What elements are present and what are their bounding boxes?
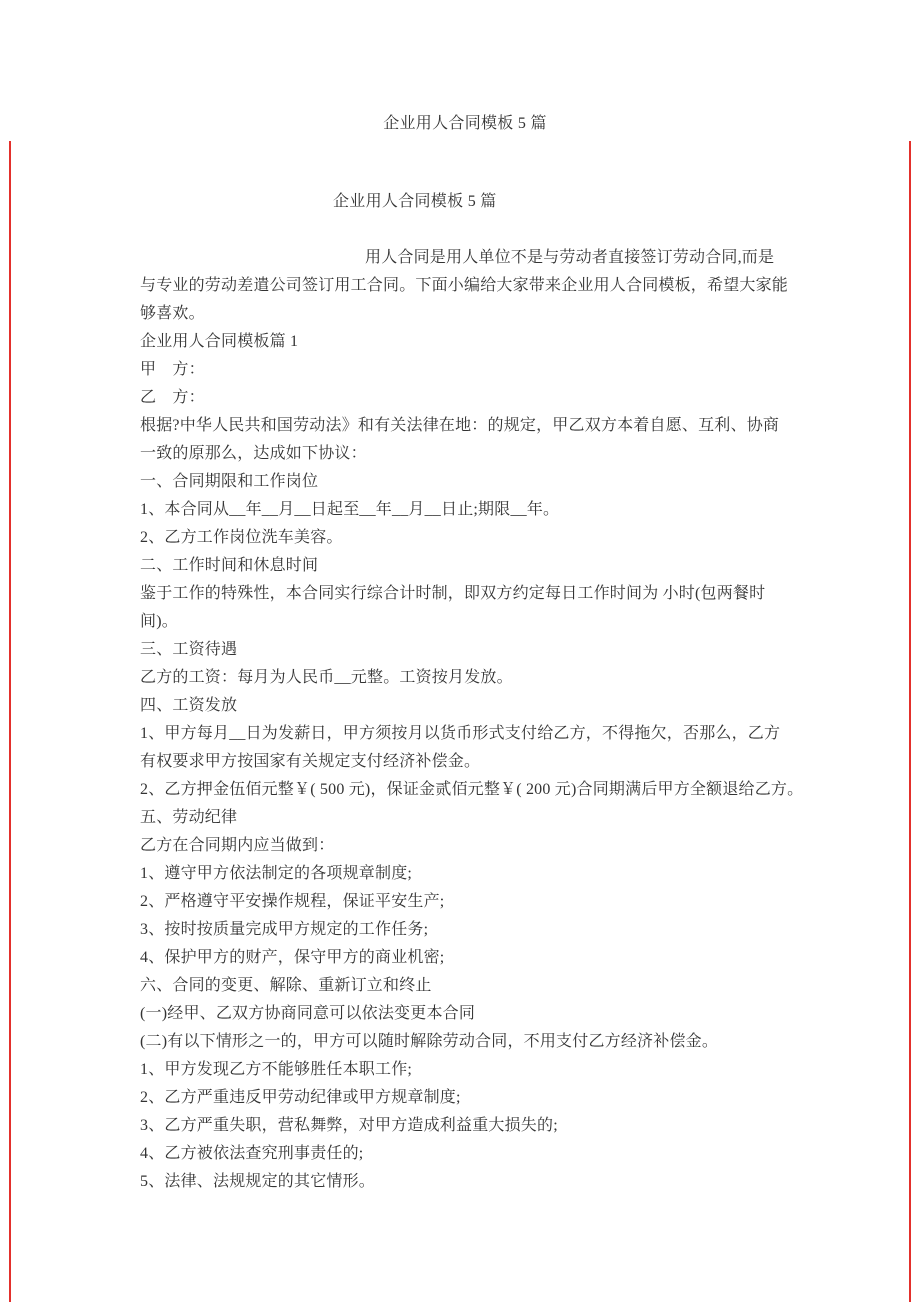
text-line: 乙 方： (140, 384, 790, 412)
document-content: 企业用人合同模板 5 篇 企业用人合同模板 5 篇 用人合同是用人单位不是与劳动… (140, 110, 790, 1196)
text-line: 二、工作时间和休息时间 (140, 552, 790, 580)
text-line: 1、本合同从__年__月__日起至__年__月__日止;期限__年。 (140, 496, 790, 524)
text-line: 2、乙方严重违反甲劳动纪律或甲方规章制度; (140, 1084, 790, 1112)
text-line: (一)经甲、乙双方协商同意可以依法变更本合同 (140, 1000, 790, 1028)
text-line: 1、甲方每月__日为发薪日，甲方须按月以货币形式支付给乙方，不得拖欠，否那么，乙… (140, 720, 790, 748)
text-line: 乙方的工资：每月为人民币__元整。工资按月发放。 (140, 664, 790, 692)
text-line: 鉴于工作的特殊性，本合同实行综合计时制，即双方约定每日工作时间为 小时(包两餐时 (140, 580, 790, 608)
text-line: 四、工资发放 (140, 692, 790, 720)
text-line: 五、劳动纪律 (140, 804, 790, 832)
text-line: 六、合同的变更、解除、重新订立和终止 (140, 972, 790, 1000)
left-margin-line (9, 141, 11, 1302)
text-line: 3、按时按质量完成甲方规定的工作任务; (140, 916, 790, 944)
text-line: 5、法律、法规规定的其它情形。 (140, 1168, 790, 1196)
text-line: 企业用人合同模板篇 1 (140, 328, 790, 356)
text-line: 够喜欢。 (140, 300, 790, 328)
text-line: 一致的原那么，达成如下协议： (140, 440, 790, 468)
document-body: 用人合同是用人单位不是与劳动者直接签订劳动合同,而是与专业的劳动差遣公司签订用工… (140, 244, 790, 1196)
text-line: 2、乙方工作岗位洗车美容。 (140, 524, 790, 552)
text-line: 乙方在合同期内应当做到： (140, 832, 790, 860)
text-line: 1、甲方发现乙方不能够胜任本职工作; (140, 1056, 790, 1084)
text-line: (二)有以下情形之一的，甲方可以随时解除劳动合同，不用支付乙方经济补偿金。 (140, 1028, 790, 1056)
text-line: 根据?中华人民共和国劳动法》和有关法律在地：的规定，甲乙双方本着自愿、互利、协商 (140, 412, 790, 440)
text-line: 用人合同是用人单位不是与劳动者直接签订劳动合同,而是 (140, 244, 790, 272)
text-line: 4、保护甲方的财产，保守甲方的商业机密; (140, 944, 790, 972)
text-line: 间)。 (140, 608, 790, 636)
text-line: 3、乙方严重失职，营私舞弊，对甲方造成利益重大损失的; (140, 1112, 790, 1140)
right-margin-line (909, 141, 911, 1302)
document-subtitle: 企业用人合同模板 5 篇 (333, 188, 790, 216)
text-line: 与专业的劳动差遣公司签订用工合同。下面小编给大家带来企业用人合同模板，希望大家能 (140, 272, 790, 300)
text-line: 2、乙方押金伍佰元整￥( 500 元)，保证金贰佰元整￥( 200 元)合同期满… (140, 776, 790, 804)
text-line: 4、乙方被依法查究刑事责任的; (140, 1140, 790, 1168)
text-line: 一、合同期限和工作岗位 (140, 468, 790, 496)
document-title: 企业用人合同模板 5 篇 (140, 110, 790, 138)
text-line: 2、严格遵守平安操作规程，保证平安生产; (140, 888, 790, 916)
text-line: 三、工资待遇 (140, 636, 790, 664)
text-line: 甲 方： (140, 356, 790, 384)
document-page: 企业用人合同模板 5 篇 企业用人合同模板 5 篇 用人合同是用人单位不是与劳动… (0, 0, 920, 1302)
text-line: 有权要求甲方按国家有关规定支付经济补偿金。 (140, 748, 790, 776)
text-line: 1、遵守甲方依法制定的各项规章制度; (140, 860, 790, 888)
